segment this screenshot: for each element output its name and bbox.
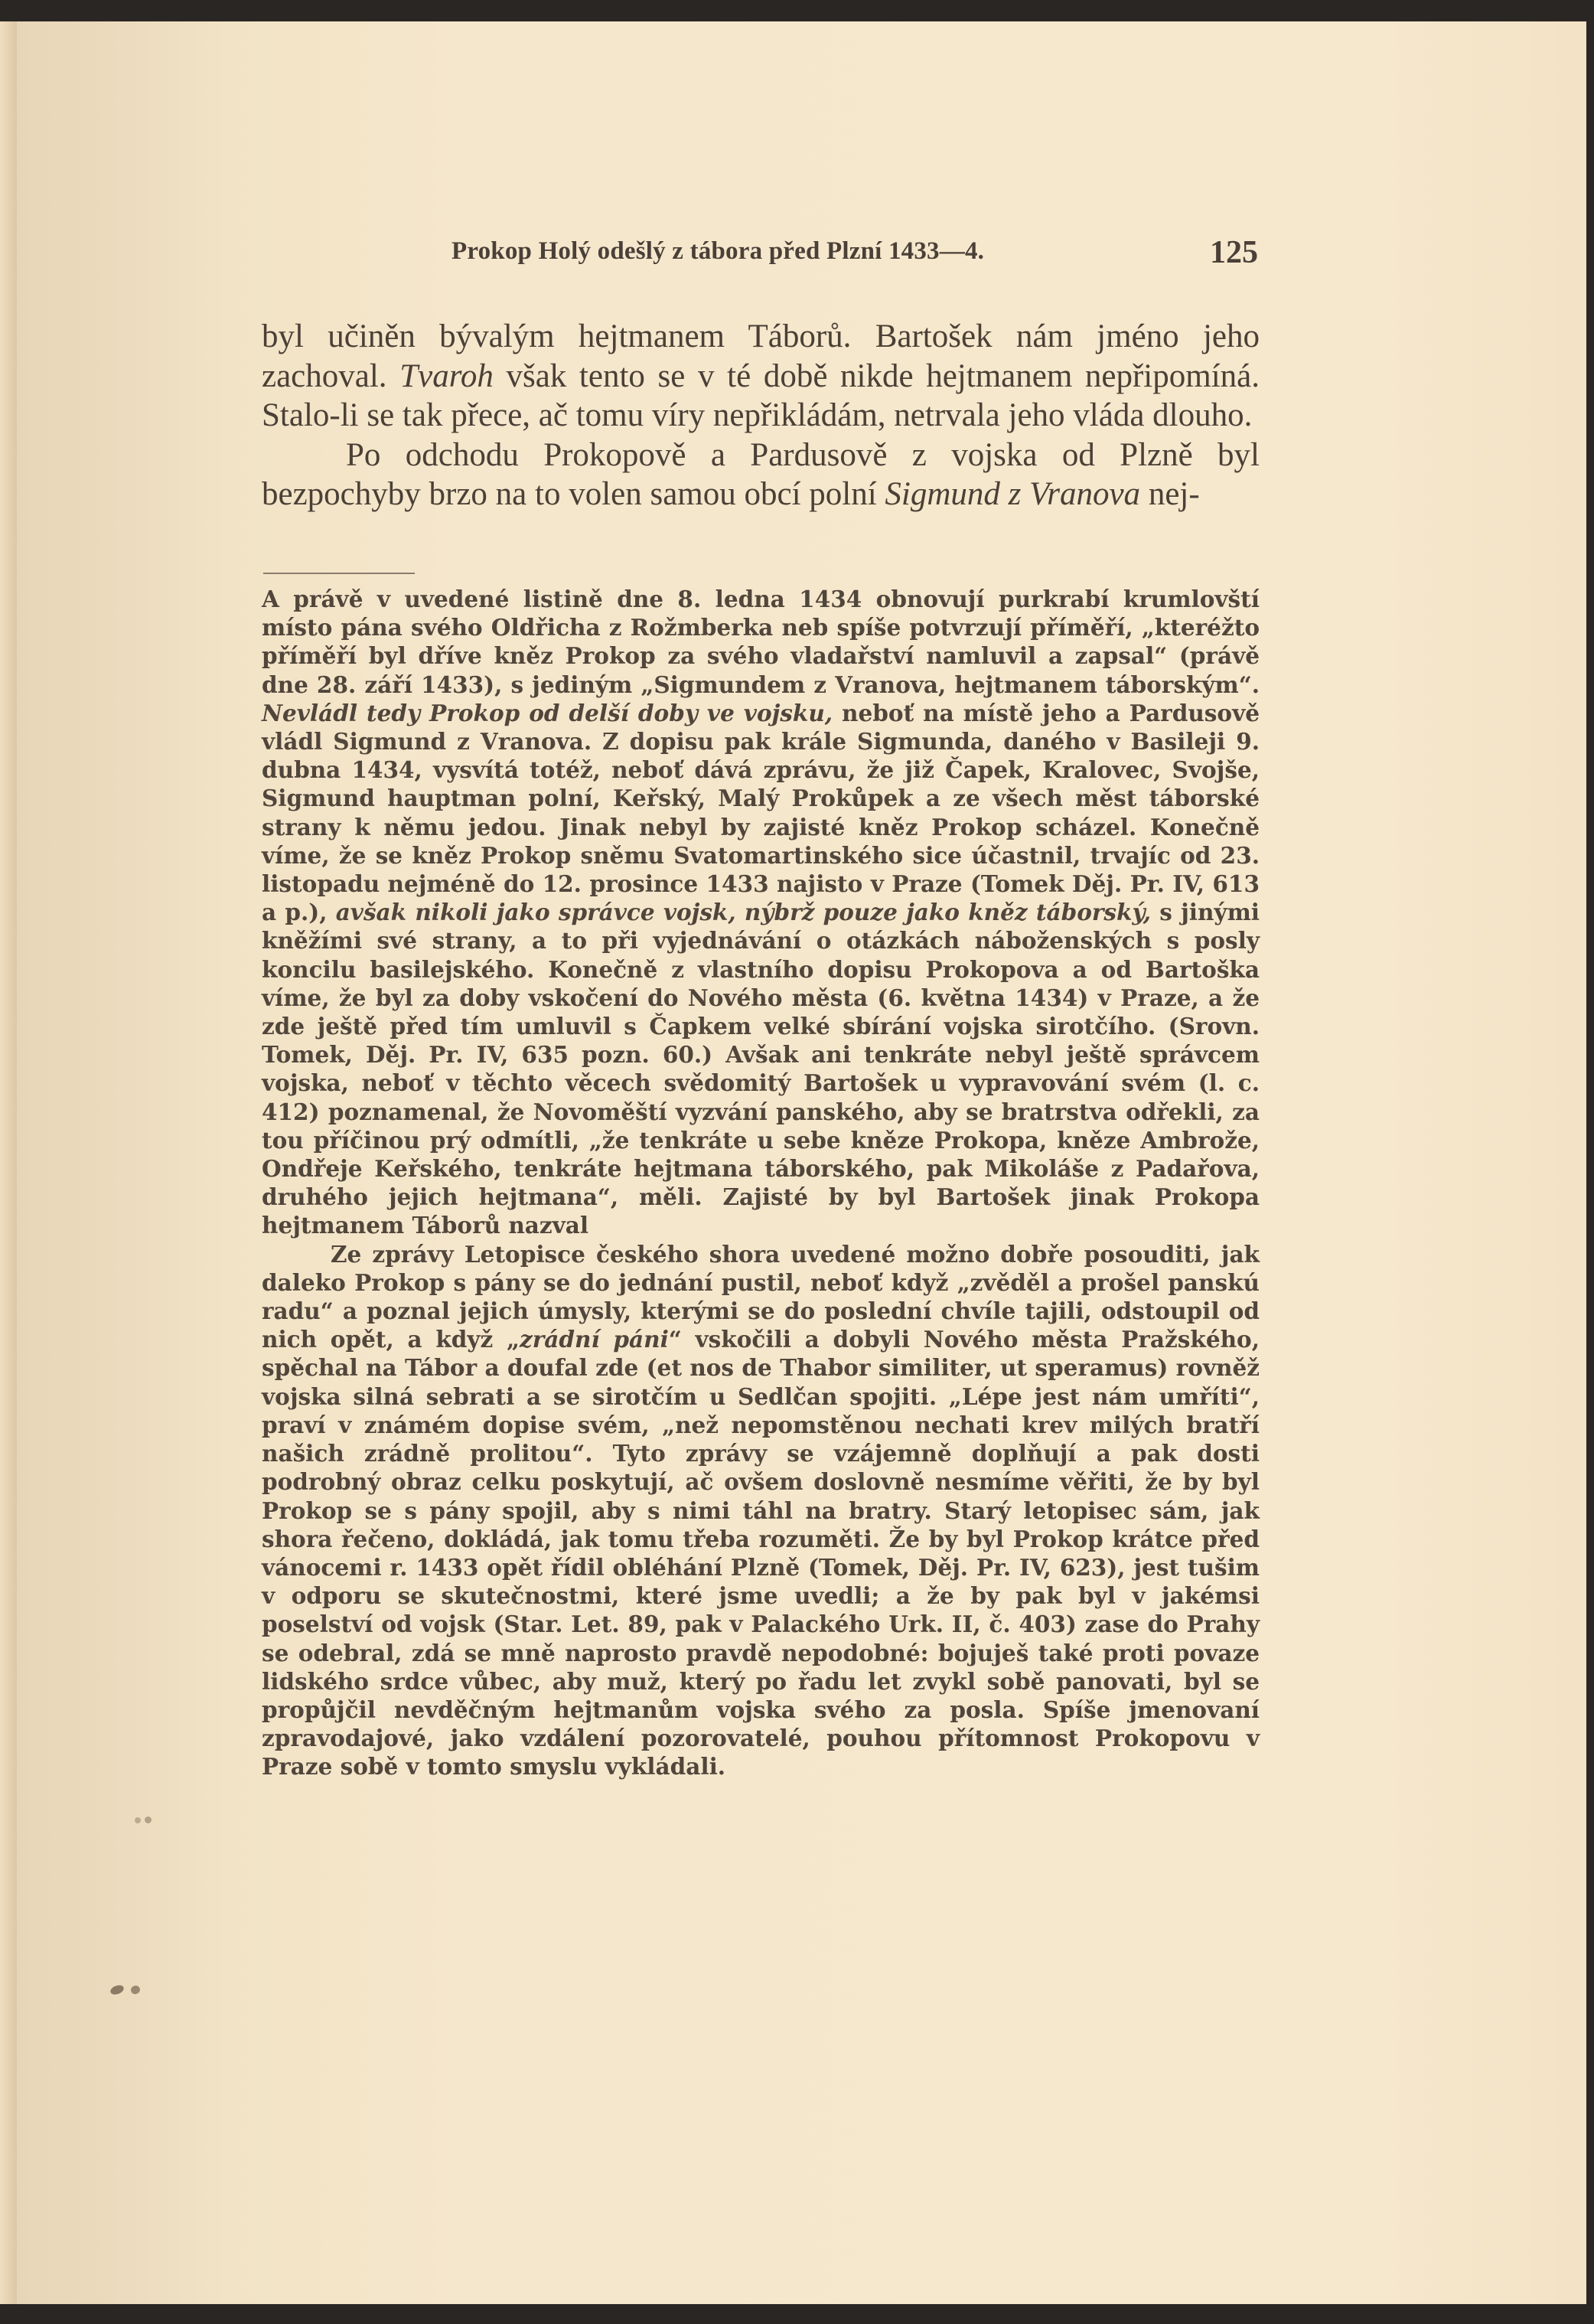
page-binding-edge xyxy=(0,21,17,2304)
main-paragraph: Po odchodu Prokopově a Pardusově z vojsk… xyxy=(262,436,1260,514)
page-number: 125 xyxy=(1210,234,1258,271)
main-paragraph: byl učiněn bývalým hejtmanem Táborů. Bar… xyxy=(262,317,1260,436)
italic-emphasis: avšak nikoli jako správce vojsk, nýbrž p… xyxy=(336,899,1151,925)
footnote-paragraph: A právě v uvedené listině dne 8. ledna 1… xyxy=(262,585,1260,1240)
italic-name: Tvaroh xyxy=(399,358,494,394)
footnote-rule xyxy=(263,573,415,574)
text-run: s jinými kněžími své strany, a to při vy… xyxy=(262,899,1260,1239)
italic-emphasis: Nevládl tedy Prokop od delší doby ve voj… xyxy=(262,700,833,726)
text-run: A právě v uvedené listině dne 8. ledna 1… xyxy=(262,586,1260,698)
text-run: nej- xyxy=(1140,476,1200,512)
running-head: Prokop Holý odešlý z tábora před Plzní 1… xyxy=(451,237,1263,276)
running-title: Prokop Holý odešlý z tábora před Plzní 1… xyxy=(451,237,984,266)
main-text: byl učiněn bývalým hejtmanem Táborů. Bar… xyxy=(262,317,1260,514)
footnote: A právě v uvedené listině dne 8. ledna 1… xyxy=(262,585,1260,1781)
footnote-paragraph: Ze zprávy Letopisce českého shora uveden… xyxy=(262,1240,1260,1781)
ink-spot xyxy=(145,1816,152,1823)
ink-spot xyxy=(135,1817,141,1823)
italic-emphasis: zrádní páni xyxy=(520,1326,669,1353)
text-run: neboť na místě jeho a Pardusově vládl Si… xyxy=(262,700,1260,925)
italic-name: Sigmund z Vranova xyxy=(885,476,1140,512)
text-run: “ vskočili a dobyli Nového města Pražské… xyxy=(262,1326,1260,1780)
